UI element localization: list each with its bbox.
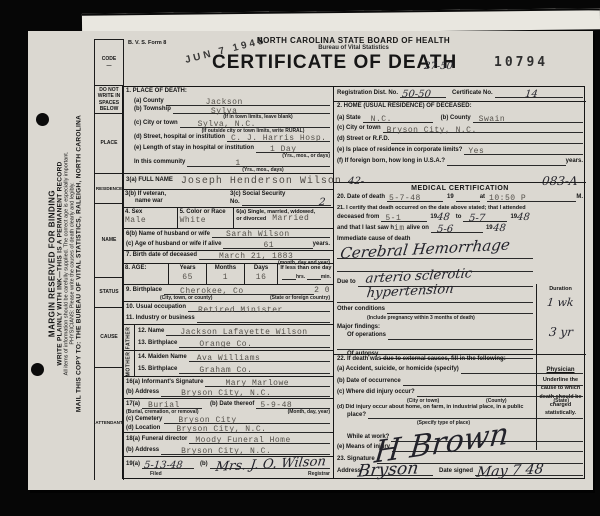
funeral-director-value: Moody Funeral Home [195,436,290,445]
certificate-title: CERTIFICATE OF DEATH [212,52,457,74]
age-days-label: Days [247,265,276,273]
rail-place: PLACE [95,114,123,174]
township-value: Sylva [211,107,238,116]
age-years-cell: Years 65 [169,264,207,284]
mother-section: MOTHER 14. Maiden Name Ava Williams 15. … [123,351,333,377]
registrar-label: Registrar [308,471,330,477]
rail-do-not-write: DO NOT WRITE IN SPACES BELOW [95,86,123,114]
attended-from-year: 48 [436,212,450,223]
attended-to-value: 5-7 [469,213,486,224]
home-corp-label: (e) Is place of residence in corporate l… [337,147,462,155]
filed-section: 19(a) 5-13-48 (b) Mrs. J. O. Wilson File… [123,457,333,478]
home-county-value: Swain [479,115,506,124]
father-name-label: 12. Name [138,328,164,336]
veteran-label: 3(b) If veteran, [125,191,226,199]
veteran-label2: name war [135,198,226,206]
burial-type-note: (Burial, cremation, or removal) [126,409,199,415]
ssn-label2: No. [230,199,240,207]
serial-number: 10794 [494,55,548,70]
at-label: at [480,194,485,202]
birthdate-value: March 21, 1883 [219,252,293,261]
date-of-death-label: 20. Date of death [337,194,385,202]
full-name-value: Joseph Henderson Wilson [181,176,342,187]
birthplace-label: 9. Birthplace [126,287,162,295]
injury-place-label2: place? [347,412,366,420]
due-to-duration-value: 3 yr [548,325,573,339]
major-findings-label: Major findings: [337,324,533,332]
duration-label: Duration [539,286,582,293]
hrs-label: hrs. [296,274,305,280]
right-column: Registration Dist. No. 50-50 Certificate… [334,87,586,478]
time-of-death-value: 10:50 P [489,194,526,203]
county-label: (a) County [134,98,164,106]
physician-address-script: Bryson [357,458,420,481]
attended-to-year: 48 [517,212,531,223]
home-state-value: N.C. [371,115,392,124]
burial-date-note: (Month, day, year) [288,409,330,415]
mother-name-label: 14. Maiden Name [138,354,187,362]
age-years-value: 65 [171,273,204,282]
last-saw-value: 5-6 [436,224,453,235]
external-causes-heading: 22. If death was due to external causes,… [337,356,583,364]
stay-label: (e) Length of stay in hospital or instit… [134,145,254,153]
certificate-no-label: Certificate No. [452,90,493,98]
cemetery-value: Bryson City [178,416,236,425]
date-signed-value: May 7 48 [476,461,545,480]
code-rail: CODE — DO NOT WRITE IN SPACES BELOW PLAC… [94,39,124,480]
mother-birthplace-value: Graham Co. [199,366,252,375]
rail-residence: RESIDENCE [95,174,123,204]
home-street-label: (d) Street or R.F.D. [337,136,389,144]
last-saw-year: 48 [492,223,506,234]
burial-prefix: 17(a) [126,401,140,409]
spouse-label: 6(b) Name of husband or wife [126,231,210,239]
punch-hole-icon [31,363,44,376]
community-note: (Yrs., mos., days) [196,167,330,173]
duration-value: 1 wk [547,296,575,309]
race-label: 5. Color or Race [180,209,232,217]
margin-line: WRITE PLAINLY WITH INK—THIS IS A PERMANE… [57,64,64,464]
due-to-value-line2: hypertension [366,282,455,301]
informant-signature-value: Mary Marlowe [225,379,289,388]
funeral-director-section: 18(a) Funeral director Moody Funeral Hom… [123,433,333,457]
birthplace-note2: (State or foreign country) [270,295,330,301]
home-foreign-label: (f) If foreign born, how long in U.S.A.? [337,158,445,166]
age-months-value: 1 [209,273,242,282]
mother-side-label: MOTHER [126,351,132,376]
full-name-label: 3(a) FULL NAME [126,177,173,185]
city-label: (c) City or town [134,120,178,128]
m-label: M. [576,194,583,202]
veteran-ssn-row: 3(b) If veteran, name war 3(c) Social Se… [123,190,333,208]
rail-attendant: ATTENDANT [95,368,123,478]
sex-race-marital-row: 4. Sex Male 5. Color or Race White 6(a) … [123,208,333,229]
state-note-injury: (State) [553,398,569,404]
street-value: C. J. Harris Hosp. [231,134,326,143]
spouse-age-row: (c) Age of husband or wife if alive 61 y… [123,240,333,251]
registration-dist-label: Registration Dist. No. [337,90,398,98]
date-signed-label: Date signed [439,468,473,476]
binding-margin-text: MARGIN RESERVED FOR BINDING WRITE PLAINL… [48,64,83,464]
ssn-label: 3(c) Social Security [230,191,331,199]
min-label: min. [321,274,331,280]
birthplace-row: 9. Birthplace Cherokee, Co 2 0 (City, to… [123,285,333,302]
sex-cell: 4. Sex Male [123,208,178,228]
marital-value: Married [272,214,309,223]
form-body: 1. PLACE OF DEATH: (a) County Jackson (b… [122,86,585,479]
age-label-cell: 8. AGE: [123,264,169,284]
full-name-row: 3(a) FULL NAME Joseph Henderson Wilson 4… [123,174,333,190]
city-note-injury: (City or town) [407,398,439,404]
age-days-cell: Days 16 [245,264,279,284]
scanned-death-certificate: MARGIN RESERVED FOR BINDING WRITE PLAINL… [0,0,600,516]
filed-date-value: 5-13-48 [143,460,183,471]
age-less-cell: If less than one day hrs. min. [278,264,333,284]
father-birthplace-value: Orange Co. [199,340,252,349]
occurrence-date-label: (b) Date of occurrence [337,378,401,386]
burial-date-label: (b) Date thereof [210,401,254,409]
marital-label2: or divorced [236,216,266,223]
burial-type-value: Burial [148,401,180,410]
of-operations-label: Of operations [347,332,386,340]
filed-prefix: 19(a) [126,461,140,469]
age-years-label: Years [171,265,204,273]
spouse-age-value: 61 [263,241,274,250]
attended-from-label: deceased from [337,214,379,222]
rail-name: NAME [95,204,123,278]
last-saw-label2: alive on [407,225,429,233]
years-suffix: years. [313,241,330,249]
registration-row: Registration Dist. No. 50-50 Certificate… [334,87,586,102]
home-foreign-suffix: years. [566,158,583,166]
home-corp-value: Yes [468,147,484,156]
home-county-label: (b) County [441,115,471,123]
rail-code: CODE — [95,40,123,86]
home-state-label: (a) State [337,115,361,123]
medical-certification-section: MEDICAL CERTIFICATION 20. Date of death … [334,182,586,354]
funeral-director-label: 18(a) Funeral director [126,436,187,444]
father-section: FATHER 12. Name Jackson Lafayette Wilson… [123,325,333,351]
home-city-value: Bryson City, N.C. [387,126,477,135]
age-days-value: 16 [247,273,276,282]
rail-dash: — [107,63,112,69]
registration-dist-value: 50-50 [401,89,431,100]
father-side-cell: FATHER [123,325,135,350]
printed-19: 19 [447,194,454,202]
age-months-cell: Months 1 [207,264,245,284]
father-birthplace-label: 13. Birthplace [138,340,177,348]
where-injury-label: (c) Where did injury occur? [337,389,415,397]
township-label: (b) Township [134,106,171,114]
last-saw-label: and that I last saw h [337,225,394,233]
age-row: 8. AGE: Years 65 Months 1 Days 16 [123,264,333,285]
street-label: (d) Street, hospital or institution [134,134,225,142]
attended-to-label: to [456,214,462,222]
spouse-age-label: (c) Age of husband or wife if alive [126,241,221,249]
filed-label: Filed [150,471,162,477]
certificate-no-value: 14 [524,89,538,100]
funeral-address-label: (b) Address [126,447,159,455]
stay-value: 1 Day [270,145,297,154]
age-label: 8. AGE: [125,265,166,273]
certify-statement: 21. I certify that death occurred on the… [337,205,583,212]
birthplace-note1: (City, town, or county) [160,295,212,301]
community-label: In this community [134,159,185,167]
certificate-header: B. V. S. Form 8 JUN 7 1948 NORTH CAROLIN… [122,31,585,86]
filed-b-label: (b) [200,461,208,469]
attended-from-value: 5-1 [385,214,401,223]
burial-section: 17(a) Burial (b) Date thereof 5-9-48 (Bu… [123,399,333,433]
binding-margin: MARGIN RESERVED FOR BINDING WRITE PLAINL… [28,31,94,490]
rail-status: STATUS [95,278,123,308]
last-saw-him: im [394,224,405,233]
occupation-label: 10. Usual occupation [126,304,186,312]
home-heading: 2. HOME (USUAL RESIDENCE) OF DECEASED: [337,103,583,111]
industry-row: 11. Industry or business [123,314,333,325]
spouse-value: Sarah Wilson [226,230,290,239]
industry-label: 11. Industry or business [126,315,195,323]
board-title: NORTH CAROLINA STATE BOARD OF HEALTH [122,36,585,45]
birthdate-row: 7. Birth date of deceased March 21, 1883… [123,251,333,264]
father-name-value: Jackson Lafayette Wilson [180,328,307,337]
other-conditions-note: (Include pregnancy within 3 months of de… [367,315,533,321]
burial-date-value: 5-9-48 [260,401,292,410]
occupation-row: 10. Usual occupation Retired Minister [123,302,333,314]
signature-section: While at work? (e) Means of injury 23. S… [334,432,586,480]
mother-birthplace-label: 15. Birthplace [138,366,177,374]
cemetery-label: (c) Cemetery [126,416,162,424]
left-column: 1. PLACE OF DEATH: (a) County Jackson (b… [123,87,334,478]
section-place-of-death: 1. PLACE OF DEATH: (a) County Jackson (b… [123,87,333,174]
other-conditions-label: Other conditions [337,306,385,314]
accident-label: (a) Accident, suicide, or homicide (spec… [337,366,459,374]
informant-address-value: Bryson City, N.C. [181,389,271,398]
medical-heading: MEDICAL CERTIFICATION [337,184,583,193]
rail-cause: CAUSE [95,308,123,368]
funeral-address-value: Bryson City, N.C. [181,447,271,456]
place-heading: 1. PLACE OF DEATH: [126,88,330,96]
margin-line: MARGIN RESERVED FOR BINDING [48,64,57,464]
sex-label: 4. Sex [125,209,175,217]
race-cell: 5. Color or Race White [178,208,235,228]
county-note-injury: (County) [486,398,507,404]
spouse-row: 6(b) Name of husband or wife Sarah Wilso… [123,229,333,240]
bureau-subtitle: Bureau of Vital Statistics [122,45,585,51]
informant-section: 16(a) Informant's Signature Mary Marlowe… [123,377,333,399]
sex-value: Male [125,216,175,225]
handwritten-file-number: 27-50 [423,61,453,72]
external-causes-section: 22. If death was due to external causes,… [334,354,586,432]
due-to-label: Due to [337,279,356,287]
ssn-cell: 3(c) Social Security No. 2 [228,190,333,207]
marital-cell: 6(a) Single, married, widowed, or divorc… [234,208,333,228]
father-side-label: FATHER [126,326,132,349]
home-section: 2. HOME (USUAL RESIDENCE) OF DECEASED: (… [334,102,586,182]
burial-location-label: (d) Location [126,425,160,433]
certificate-paper: MARGIN RESERVED FOR BINDING WRITE PLAINL… [28,31,593,490]
birthplace-code: 2 0 [314,286,330,295]
mother-side-cell: MOTHER [123,351,135,376]
birthplace-value: Cherokee, Co [180,287,244,296]
date-of-death-value: 5-7-48 [389,194,421,203]
injury-place-label: (d) Did injury occur about home, on farm… [337,404,583,411]
mother-name-value: Ava Williams [197,354,261,363]
informant-signature-label: 16(a) Informant's Signature [126,379,203,387]
birthdate-label: 7. Birth date of deceased [126,252,197,260]
veteran-cell: 3(b) If veteran, name war [123,190,228,207]
race-value: White [180,216,232,225]
margin-line: MAIL THIS COPY TO: THE BUREAU OF VITAL S… [76,64,83,464]
age-less-label: If less than one day [280,265,331,272]
home-city-label: (c) City or town [337,125,381,133]
age-months-label: Months [209,265,242,273]
informant-address-label: (b) Address [126,389,159,397]
community-value: 1 [235,159,240,168]
city-value: Sylva, N.C. [198,120,256,129]
